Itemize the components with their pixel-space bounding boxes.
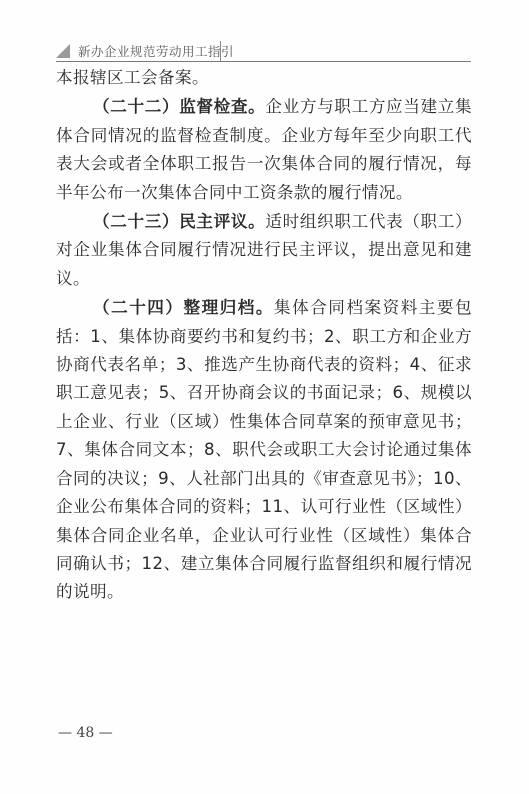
- paragraph-archiving: （二十四）整理归档。集体合同档案资料主要包括：1、集体协商要约书和复约书；2、职…: [56, 293, 472, 606]
- running-header: 新办企业规范劳动用工指引: [56, 40, 471, 62]
- paragraph-supervision: （二十二）监督检查。企业方与职工方应当建立集体合同情况的监督检查制度。企业方每年…: [56, 92, 472, 207]
- triangle-marker-icon: [56, 44, 70, 58]
- section-heading: （二十三）民主评议。: [93, 211, 265, 231]
- page-number: — 48 —: [58, 725, 113, 741]
- book-title: 新办企业规范劳动用工指引: [78, 42, 234, 60]
- paragraph-text: 本报辖区工会备案。: [56, 68, 209, 87]
- paragraph-continuation: 本报辖区工会备案。: [56, 64, 472, 92]
- paragraph-democratic-review: （二十三）民主评议。适时组织职工代表（职工）对企业集体合同履行情况进行民主评议，…: [56, 207, 472, 293]
- paragraph-text: 集体合同档案资料主要包括：1、集体协商要约书和复约书；2、职工方和企业方协商代表…: [56, 298, 472, 601]
- section-heading: （二十四）整理归档。: [93, 297, 274, 317]
- section-heading: （二十二）监督检查。: [93, 96, 265, 116]
- header-divider: [220, 41, 221, 61]
- page-body: 本报辖区工会备案。 （二十二）监督检查。企业方与职工方应当建立集体合同情况的监督…: [56, 64, 472, 607]
